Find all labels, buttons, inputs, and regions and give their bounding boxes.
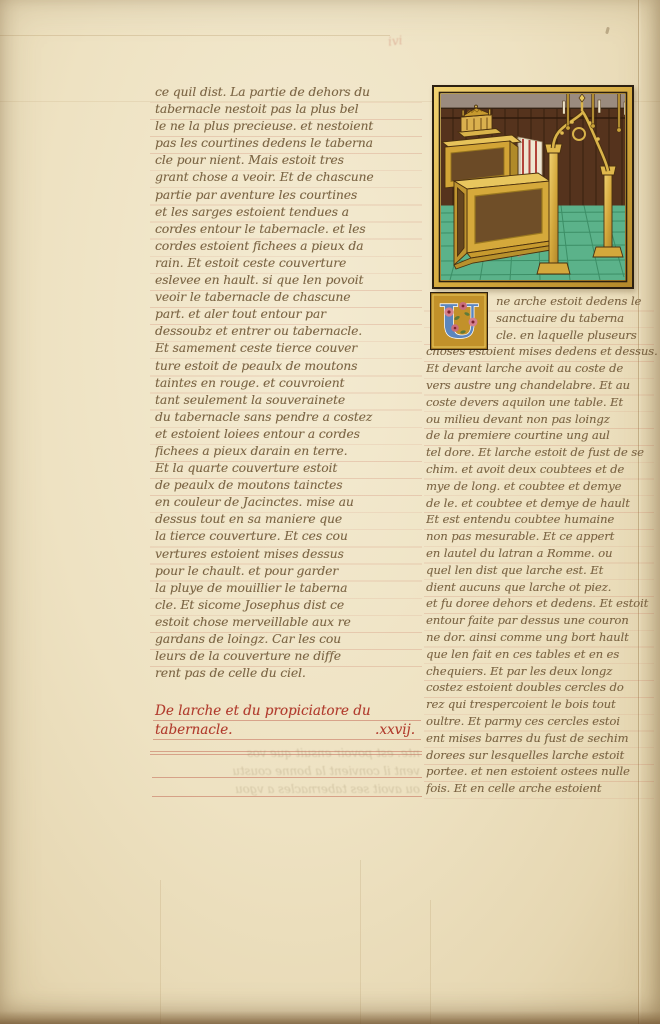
text-line: de le. et coubtee et demye de hault xyxy=(426,495,658,512)
text-line: ou milieu devant non pas loingz xyxy=(426,411,658,428)
text-line: coste devers aquilon une table. Et xyxy=(426,394,658,411)
chapter-number: .xxvij. xyxy=(375,721,415,740)
ghost-line: ou avoit ses tabernacles a vgou xyxy=(158,780,420,798)
decorated-initial: U xyxy=(430,292,488,350)
text-line: leurs de la couverture ne diffe xyxy=(155,648,425,665)
text-line: dorees sur lesquelles larche estoit xyxy=(426,747,658,764)
text-line: ce quil dist. La partie de dehors du xyxy=(155,84,425,101)
ghost-line: nte. est povoir ensuit que vos xyxy=(158,744,420,762)
text-line: grant chose a veoir. Et de chascune xyxy=(155,169,425,186)
ghost-line: vent il convient la bonne coustu xyxy=(158,762,420,780)
text-line: dessus tout en sa maniere que xyxy=(155,511,425,528)
body-lines: choses estoient mises dedens et dessus.E… xyxy=(426,343,658,797)
ink-speck xyxy=(605,27,610,35)
text-line: ent mises barres du fust de sechim xyxy=(426,730,658,747)
text-line: tant seulement la souverainete xyxy=(155,392,425,409)
text-line: entour faite par dessus une couron xyxy=(426,612,658,629)
text-line: pas les courtines dedens le taberna xyxy=(155,135,425,152)
text-line: dessoubz et entrer ou tabernacle. xyxy=(155,323,425,340)
text-line: fichees a pieux darain en terre. xyxy=(155,443,425,460)
text-line: estoit chose merveillable aux re xyxy=(155,614,425,631)
text-line: chim. et avoit deux coubtees et de xyxy=(426,461,658,478)
parchment-crease xyxy=(360,860,361,1024)
faint-folio-mark: ivi xyxy=(387,33,403,49)
text-line: fois. Et en celle arche estoient xyxy=(426,780,658,797)
text-line: cle pour nient. Mais estoit tres xyxy=(155,152,425,169)
text-line: ne dor. ainsi comme ung bort hault xyxy=(426,629,658,646)
text-line: Et la quarte couverture estoit xyxy=(155,460,425,477)
text-line: Et samement ceste tierce couver xyxy=(155,340,425,357)
show-through-text: nte. est povoir ensuit que vosvent il co… xyxy=(158,744,420,798)
text-line: la pluye de mouillier le taberna xyxy=(155,580,425,597)
text-line: costez estoient doubles cercles do xyxy=(426,679,658,696)
parchment-crease xyxy=(430,900,431,1024)
text-line: en lautel du latran a Romme. ou xyxy=(426,545,658,562)
text-line: portee. et nen estoient ostees nulle xyxy=(426,763,658,780)
text-line: non pas mesurable. Et ce appert xyxy=(426,528,658,545)
text-line: mye de long. et coubtee et demye xyxy=(426,478,658,495)
text-line: de la premiere courtine ung aul xyxy=(426,427,658,444)
text-line: la tierce couverture. Et ces cou xyxy=(155,528,425,545)
text-line: rain. Et estoit ceste couverture xyxy=(155,255,425,272)
text-line: rez qui trespercoient le bois tout xyxy=(426,696,658,713)
text-line: cordes entour le tabernacle. et les xyxy=(155,221,425,238)
text-line: rent pas de celle du ciel. xyxy=(155,665,425,682)
text-line: quel len dist que larche est. Et xyxy=(426,562,658,579)
text-line: ture estoit de peaulx de moutons xyxy=(155,358,425,375)
text-line: dient aucuns que larche ot piez. xyxy=(426,579,658,596)
text-line: Et devant larche avoit au coste de xyxy=(426,360,658,377)
parchment-crease xyxy=(0,35,390,36)
text-line: le ne la plus precieuse. et nestoient xyxy=(155,118,425,135)
text-line: pour le chault. et pour garder xyxy=(155,563,425,580)
text-line: et les sarges estoient tendues a xyxy=(155,204,425,221)
text-line: et estoient loiees entour a cordes xyxy=(155,426,425,443)
left-text-column: ce quil dist. La partie de dehors dutabe… xyxy=(155,84,425,682)
text-line: partie par aventure les courtines xyxy=(155,187,425,204)
text-line: que len fait en ces tables et en es xyxy=(426,646,658,663)
text-line: vers austre ung chandelabre. Et au xyxy=(426,377,658,394)
text-line: taintes en rouge. et couvroient xyxy=(155,375,425,392)
text-line: cle. Et sicome Josephus dist ce xyxy=(155,597,425,614)
text-line: tabernacle nestoit pas la plus bel xyxy=(155,101,425,118)
text-line: vertures estoient mises dessus xyxy=(155,546,425,563)
text-line: tel dore. Et larche estoit de fust de se xyxy=(426,444,658,461)
miniature-ark-of-covenant xyxy=(432,85,634,289)
right-text-column: ne arche estoit dedens lesanctuaire du t… xyxy=(426,293,658,797)
text-line: en couleur de Jacinctes. mise au xyxy=(155,494,425,511)
manuscript-page: ivi ce quil dist. La partie de dehors du… xyxy=(0,0,660,1024)
initial-illumination: U xyxy=(430,292,488,350)
text-line: oultre. Et parmy ces cercles estoi xyxy=(426,713,658,730)
ceiling-band xyxy=(441,94,625,108)
page-bottom-edge xyxy=(0,1011,660,1024)
text-line: veoir le tabernacle de chascune xyxy=(155,289,425,306)
text-line: du tabernacle sans pendre a costez xyxy=(155,409,425,426)
text-line: de peaulx de moutons tainctes xyxy=(155,477,425,494)
text-line: eslevee en hault. si que len povoit xyxy=(155,272,425,289)
text-line: part. et aler tout entour par xyxy=(155,306,425,323)
rubric-line: De larche et du propiciatore du xyxy=(155,702,423,721)
text-line: gardans de loingz. Car les cou xyxy=(155,631,425,648)
text-line: cordes estoient fichees a pieux da xyxy=(155,238,425,255)
text-line: Et est entendu coubtee humaine xyxy=(426,511,658,528)
ruling-line xyxy=(153,739,421,740)
miniature-illustration xyxy=(432,85,634,289)
rubric: De larche et du propiciatore du tabernac… xyxy=(155,702,423,739)
parchment-crease xyxy=(160,880,161,1024)
text-line: et fu doree dehors et dedens. Et estoit xyxy=(426,595,658,612)
text-line: chequiers. Et par les deux longz xyxy=(426,663,658,680)
